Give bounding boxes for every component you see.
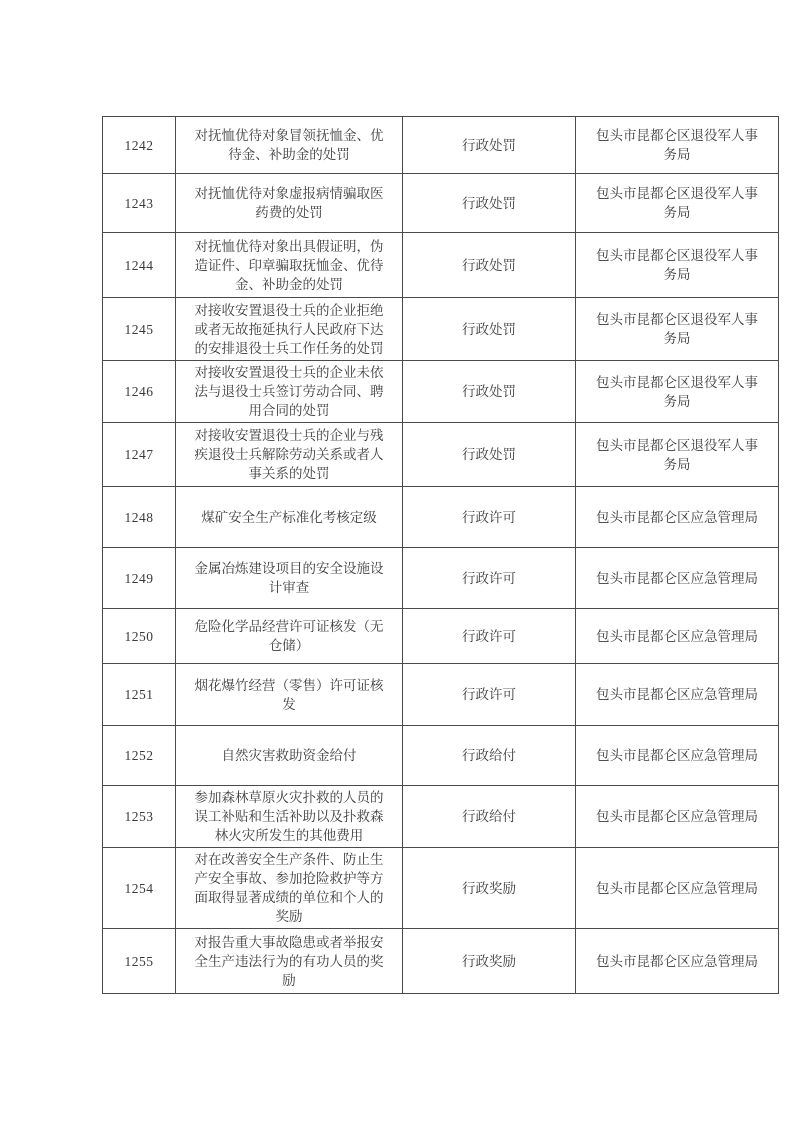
government-items-table: 1242 对抚恤优待对象冒领抚恤金、优 待金、补助金的处罚 行政处罚 包头市昆都… — [102, 116, 779, 994]
row-agency: 包头市昆都仑区退役军人事 务局 — [576, 117, 779, 174]
row-category: 行政给付 — [403, 726, 576, 786]
table-row: 1243 对抚恤优待对象虚报病情骗取医 药费的处罚 行政处罚 包头市昆都仑区退役… — [103, 174, 779, 233]
row-agency: 包头市昆都仑区应急管理局 — [576, 786, 779, 848]
row-item-name: 对报告重大事故隐患或者举报安 全生产违法行为的有功人员的奖 励 — [176, 929, 403, 994]
table-row: 1253 参加森林草原火灾扑救的人员的 误工补贴和生活补助以及扑救森 林火灾所发… — [103, 786, 779, 848]
table-row: 1249 金属冶炼建设项目的安全设施设 计审查 行政许可 包头市昆都仑区应急管理… — [103, 548, 779, 609]
row-item-name: 自然灾害救助资金给付 — [176, 726, 403, 786]
table-row: 1246 对接收安置退役士兵的企业未依 法与退役士兵签订劳动合同、聘 用合同的处… — [103, 361, 779, 423]
row-item-name: 对抚恤优待对象冒领抚恤金、优 待金、补助金的处罚 — [176, 117, 403, 174]
row-agency: 包头市昆都仑区应急管理局 — [576, 487, 779, 548]
table-row: 1247 对接收安置退役士兵的企业与残 疾退役士兵解除劳动关系或者人 事关系的处… — [103, 423, 779, 487]
row-item-name: 危险化学品经营许可证核发（无 仓储） — [176, 609, 403, 664]
row-agency: 包头市昆都仑区退役军人事 务局 — [576, 298, 779, 361]
row-category: 行政处罚 — [403, 233, 576, 298]
row-item-name: 金属冶炼建设项目的安全设施设 计审查 — [176, 548, 403, 609]
row-agency: 包头市昆都仑区退役军人事 务局 — [576, 233, 779, 298]
row-number: 1255 — [103, 929, 176, 994]
row-category: 行政奖励 — [403, 929, 576, 994]
row-category: 行政给付 — [403, 786, 576, 848]
table-row: 1242 对抚恤优待对象冒领抚恤金、优 待金、补助金的处罚 行政处罚 包头市昆都… — [103, 117, 779, 174]
row-category: 行政许可 — [403, 664, 576, 726]
row-number: 1250 — [103, 609, 176, 664]
row-category: 行政奖励 — [403, 848, 576, 929]
row-item-name: 对接收安置退役士兵的企业未依 法与退役士兵签订劳动合同、聘 用合同的处罚 — [176, 361, 403, 423]
row-number: 1251 — [103, 664, 176, 726]
row-category: 行政处罚 — [403, 174, 576, 233]
row-category: 行政许可 — [403, 548, 576, 609]
table-row: 1254 对在改善安全生产条件、防止生 产安全事故、参加抢险救护等方 面取得显著… — [103, 848, 779, 929]
row-number: 1246 — [103, 361, 176, 423]
row-number: 1243 — [103, 174, 176, 233]
row-category: 行政处罚 — [403, 423, 576, 487]
row-category: 行政处罚 — [403, 361, 576, 423]
row-item-name: 对抚恤优待对象虚报病情骗取医 药费的处罚 — [176, 174, 403, 233]
row-agency: 包头市昆都仑区应急管理局 — [576, 929, 779, 994]
row-number: 1254 — [103, 848, 176, 929]
row-agency: 包头市昆都仑区退役军人事 务局 — [576, 361, 779, 423]
row-category: 行政处罚 — [403, 117, 576, 174]
table-row: 1248 煤矿安全生产标准化考核定级 行政许可 包头市昆都仑区应急管理局 — [103, 487, 779, 548]
table-row: 1250 危险化学品经营许可证核发（无 仓储） 行政许可 包头市昆都仑区应急管理… — [103, 609, 779, 664]
row-number: 1249 — [103, 548, 176, 609]
row-number: 1247 — [103, 423, 176, 487]
row-item-name: 烟花爆竹经营（零售）许可证核 发 — [176, 664, 403, 726]
row-agency: 包头市昆都仑区应急管理局 — [576, 726, 779, 786]
row-number: 1248 — [103, 487, 176, 548]
row-number: 1253 — [103, 786, 176, 848]
row-agency: 包头市昆都仑区应急管理局 — [576, 548, 779, 609]
table-row: 1244 对抚恤优待对象出具假证明，伪 造证件、印章骗取抚恤金、优待 金、补助金… — [103, 233, 779, 298]
row-number: 1242 — [103, 117, 176, 174]
table-row: 1255 对报告重大事故隐患或者举报安 全生产违法行为的有功人员的奖 励 行政奖… — [103, 929, 779, 994]
table-row: 1252 自然灾害救助资金给付 行政给付 包头市昆都仑区应急管理局 — [103, 726, 779, 786]
row-agency: 包头市昆都仑区退役军人事 务局 — [576, 423, 779, 487]
row-number: 1244 — [103, 233, 176, 298]
row-number: 1245 — [103, 298, 176, 361]
table-row: 1251 烟花爆竹经营（零售）许可证核 发 行政许可 包头市昆都仑区应急管理局 — [103, 664, 779, 726]
row-agency: 包头市昆都仑区退役军人事 务局 — [576, 174, 779, 233]
row-category: 行政许可 — [403, 487, 576, 548]
row-category: 行政处罚 — [403, 298, 576, 361]
row-agency: 包头市昆都仑区应急管理局 — [576, 848, 779, 929]
row-item-name: 参加森林草原火灾扑救的人员的 误工补贴和生活补助以及扑救森 林火灾所发生的其他费… — [176, 786, 403, 848]
row-item-name: 对抚恤优待对象出具假证明，伪 造证件、印章骗取抚恤金、优待 金、补助金的处罚 — [176, 233, 403, 298]
row-agency: 包头市昆都仑区应急管理局 — [576, 664, 779, 726]
row-item-name: 对在改善安全生产条件、防止生 产安全事故、参加抢险救护等方 面取得显著成绩的单位… — [176, 848, 403, 929]
row-item-name: 对接收安置退役士兵的企业与残 疾退役士兵解除劳动关系或者人 事关系的处罚 — [176, 423, 403, 487]
table-row: 1245 对接收安置退役士兵的企业拒绝 或者无故拖延执行人民政府下达 的安排退役… — [103, 298, 779, 361]
row-item-name: 对接收安置退役士兵的企业拒绝 或者无故拖延执行人民政府下达 的安排退役士兵工作任… — [176, 298, 403, 361]
row-item-name: 煤矿安全生产标准化考核定级 — [176, 487, 403, 548]
row-number: 1252 — [103, 726, 176, 786]
row-agency: 包头市昆都仑区应急管理局 — [576, 609, 779, 664]
row-category: 行政许可 — [403, 609, 576, 664]
document-page: 1242 对抚恤优待对象冒领抚恤金、优 待金、补助金的处罚 行政处罚 包头市昆都… — [0, 0, 793, 1122]
